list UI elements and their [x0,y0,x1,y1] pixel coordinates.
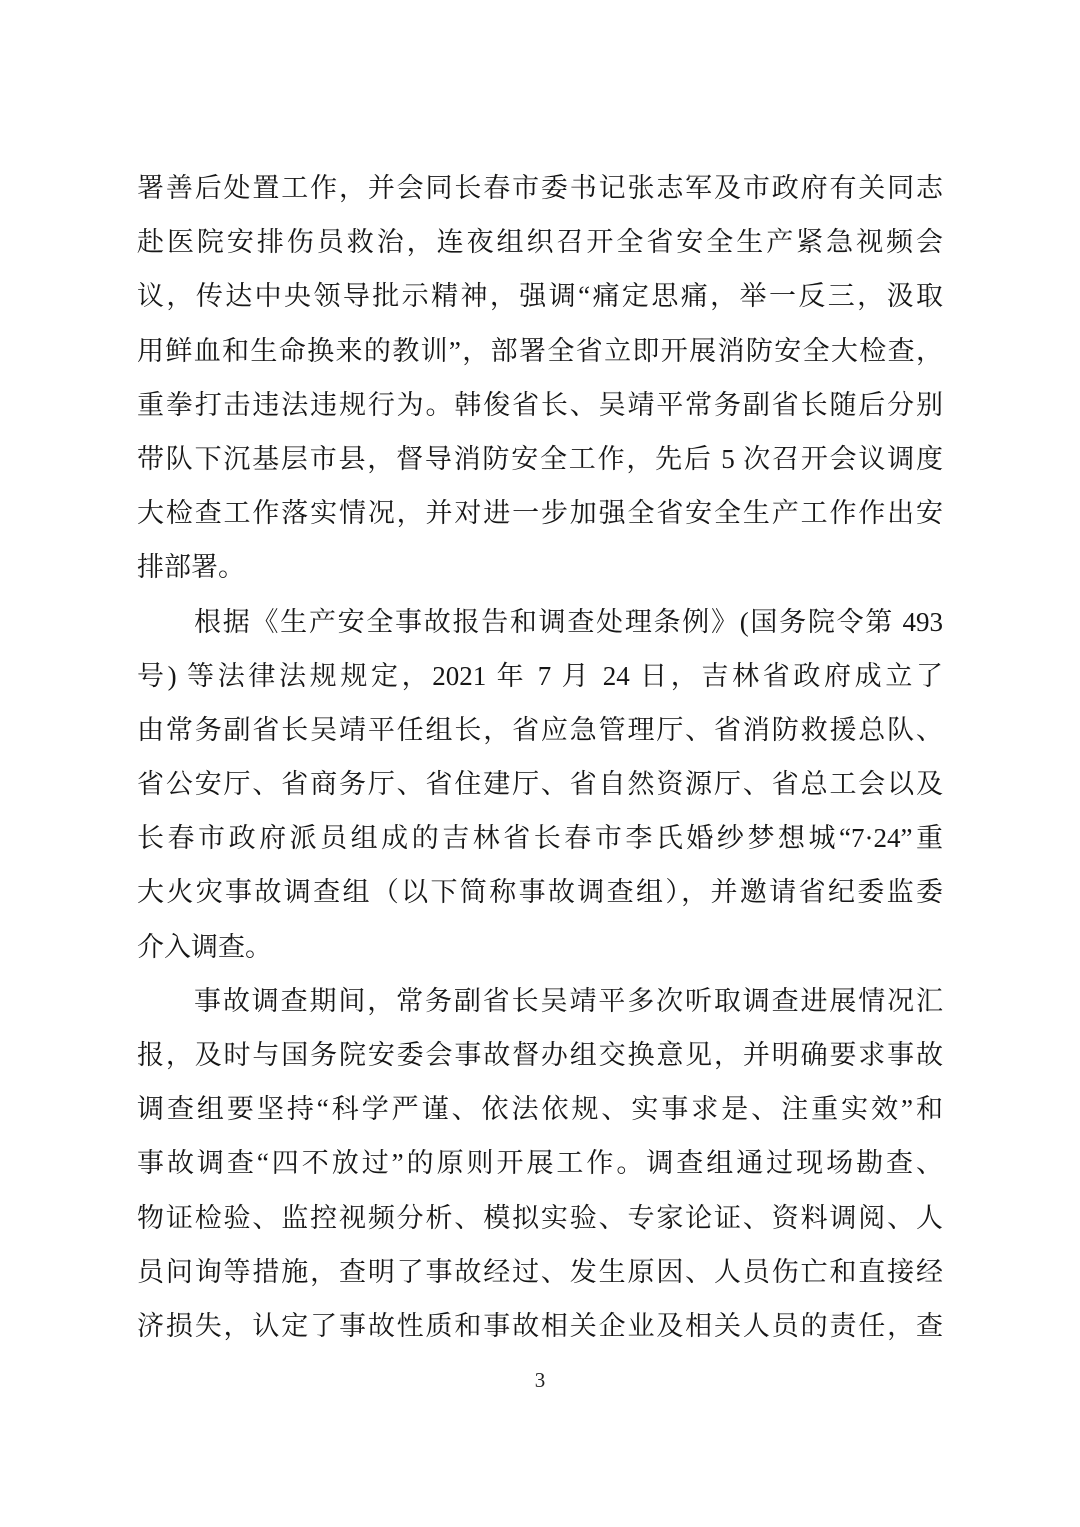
text-line: 事故调查期间，常务副省长吴靖平多次听取调查进展情况汇 [137,974,943,1028]
text-line: 省公安厅、省商务厅、省住建厅、省自然资源厅、省总工会以及 [137,757,943,811]
text-line: 带队下沉基层市县，督导消防安全工作，先后 5 次召开会议调度 [137,432,943,486]
text-line: 事故调查“四不放过”的原则开展工作。调查组通过现场勘查、 [137,1136,943,1190]
text-line: 调查组要坚持“科学严谨、依法依规、实事求是、注重实效”和 [137,1082,943,1136]
text-line: 员问询等措施，查明了事故经过、发生原因、人员伤亡和直接经 [137,1245,943,1299]
text-line: 介入调查。 [137,920,943,974]
text-line: 重拳打击违法违规行为。韩俊省长、吴靖平常务副省长随后分别 [137,378,943,432]
text-line: 由常务副省长吴靖平任组长，省应急管理厅、省消防救援总队、 [137,703,943,757]
text-line: 物证检验、监控视频分析、模拟实验、专家论证、资料调阅、人 [137,1191,943,1245]
text-line: 根据《生产安全事故报告和调查处理条例》(国务院令第 493 [137,595,943,649]
text-line: 济损失，认定了事故性质和事故相关企业及相关人员的责任，查 [137,1299,943,1353]
document-page: 署善后处置工作，并会同长春市委书记张志军及市政府有关同志赴医院安排伤员救治，连夜… [0,0,1080,1527]
text-line: 议，传达中央领导批示精神，强调“痛定思痛，举一反三，汲取 [137,269,943,323]
text-line: 长春市政府派员组成的吉林省长春市李氏婚纱梦想城“7·24”重 [137,811,943,865]
text-line: 大火灾事故调查组（以下简称事故调查组），并邀请省纪委监委 [137,865,943,919]
text-line: 用鲜血和生命换来的教训”，部署全省立即开展消防安全大检查， [137,324,943,378]
page-number: 3 [0,1368,1080,1393]
text-line: 大检查工作落实情况，并对进一步加强全省安全生产工作作出安 [137,486,943,540]
text-line: 署善后处置工作，并会同长春市委书记张志军及市政府有关同志 [137,161,943,215]
text-line: 报，及时与国务院安委会事故督办组交换意见，并明确要求事故 [137,1028,943,1082]
text-line: 赴医院安排伤员救治，连夜组织召开全省安全生产紧急视频会 [137,215,943,269]
text-line: 号) 等法律法规规定，2021 年 7 月 24 日，吉林省政府成立了 [137,649,943,703]
document-body: 署善后处置工作，并会同长春市委书记张志军及市政府有关同志赴医院安排伤员救治，连夜… [137,161,943,1353]
text-line: 排部署。 [137,540,943,594]
